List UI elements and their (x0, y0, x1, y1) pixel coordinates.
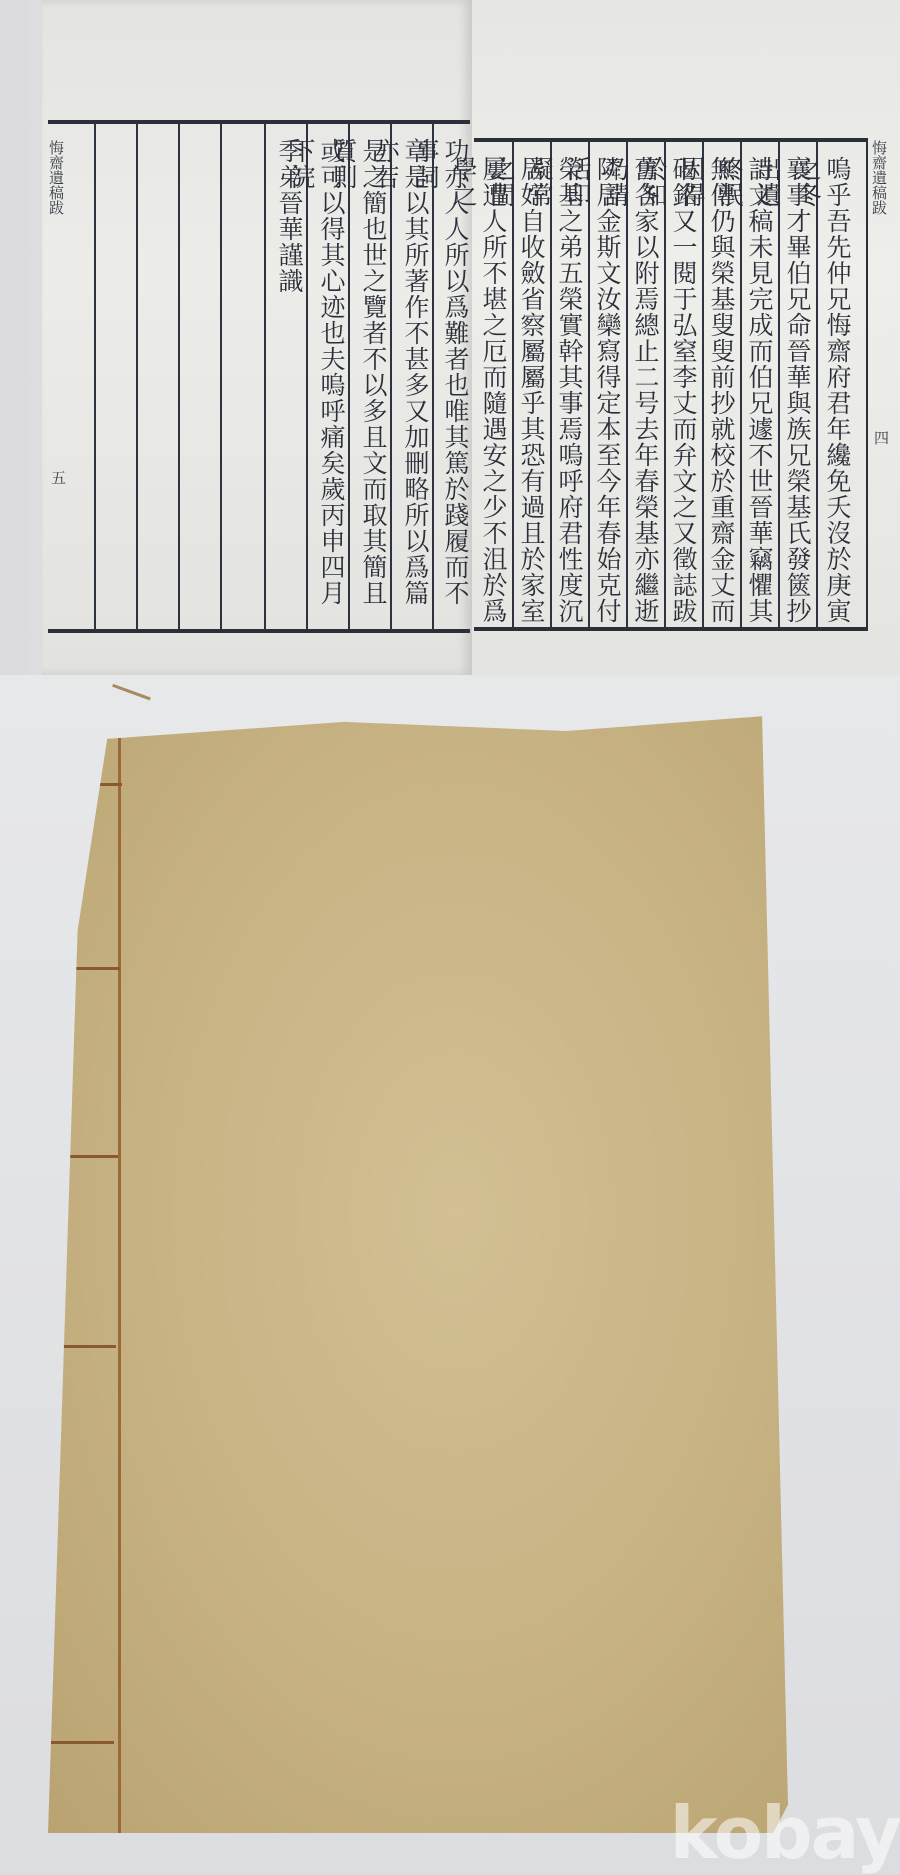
book-cover (48, 705, 788, 1833)
text-column: 嗚乎吾先仲兄悔齋府君年纔免夭沒於庚寅之冬 (822, 156, 852, 627)
text-column: 或可以得其心迹也夫嗚呼痛矣歲丙申四月下浣 (316, 138, 346, 629)
text-column: 榮基之弟五榮實幹其事焉嗚呼府君性度沉凝常 (554, 156, 584, 627)
text-column: 屢遭人所不堪之厄而隨遇安之少不沮於爲學之 (478, 156, 508, 627)
right-margin-title: 悔齋遺稿跋 (869, 140, 890, 215)
binding-stitch (52, 1345, 116, 1348)
text-column: 襄事才畢伯兄命晉華與族兄榮基氏發篋抄出遺 (782, 156, 812, 627)
binding-stitch (62, 967, 120, 970)
text-column: 隣居金斯文汝欒寫得定本至今年春始克付活印 (592, 156, 622, 627)
open-book-photo: 悔齋遺稿跋 五 悔齋遺稿跋 四 季弟晉華謹識 或可以得其心迹也夫嗚呼痛矣歲丙申四… (0, 0, 900, 675)
right-text-frame: 屢遭人所不堪之厄而隨遇安之少不沮於爲學之 居好自收斂省察屬屬乎其恐有過且於家室之… (474, 138, 868, 631)
text-column: 章是以其所著作不甚多又加刪略所以爲篇亦若 (400, 138, 430, 629)
text-column: 詩文稿未見完成而伯兄遽不世晉華竊懼其終泯 (744, 156, 774, 627)
text-column: 功亦人人所以爲難者也唯其篤於踐履而不事詞 (440, 138, 470, 629)
text-column: 碣銘又一閱于弘窒李丈而弁文之又徵誌跋於知 (668, 156, 698, 627)
right-page-number: 四 (871, 430, 892, 445)
text-column: 居好自收斂省察屬屬乎其恐有過且於家室之間 (516, 156, 546, 627)
binding-stitch (48, 1741, 114, 1744)
text-column: 舊各家以附焉總止二号去年春榮基亦繼逝乃請 (630, 156, 660, 627)
book-cover-photo (0, 675, 900, 1875)
watermark-logo: kobay (670, 1791, 900, 1875)
binding-line (118, 705, 121, 1833)
text-column: 是之簡也世之覽者不以多且文而取其簡且質則 (358, 138, 388, 629)
text-column: 無傳仍與榮基叟叟前抄就校於重齋金丈而因得 (706, 156, 736, 627)
left-text-frame: 季弟晉華謹識 或可以得其心迹也夫嗚呼痛矣歲丙申四月下浣 是之簡也世之覽者不以多且… (48, 120, 470, 633)
binding-stitch (56, 1155, 118, 1158)
binding-stitch (68, 783, 122, 786)
